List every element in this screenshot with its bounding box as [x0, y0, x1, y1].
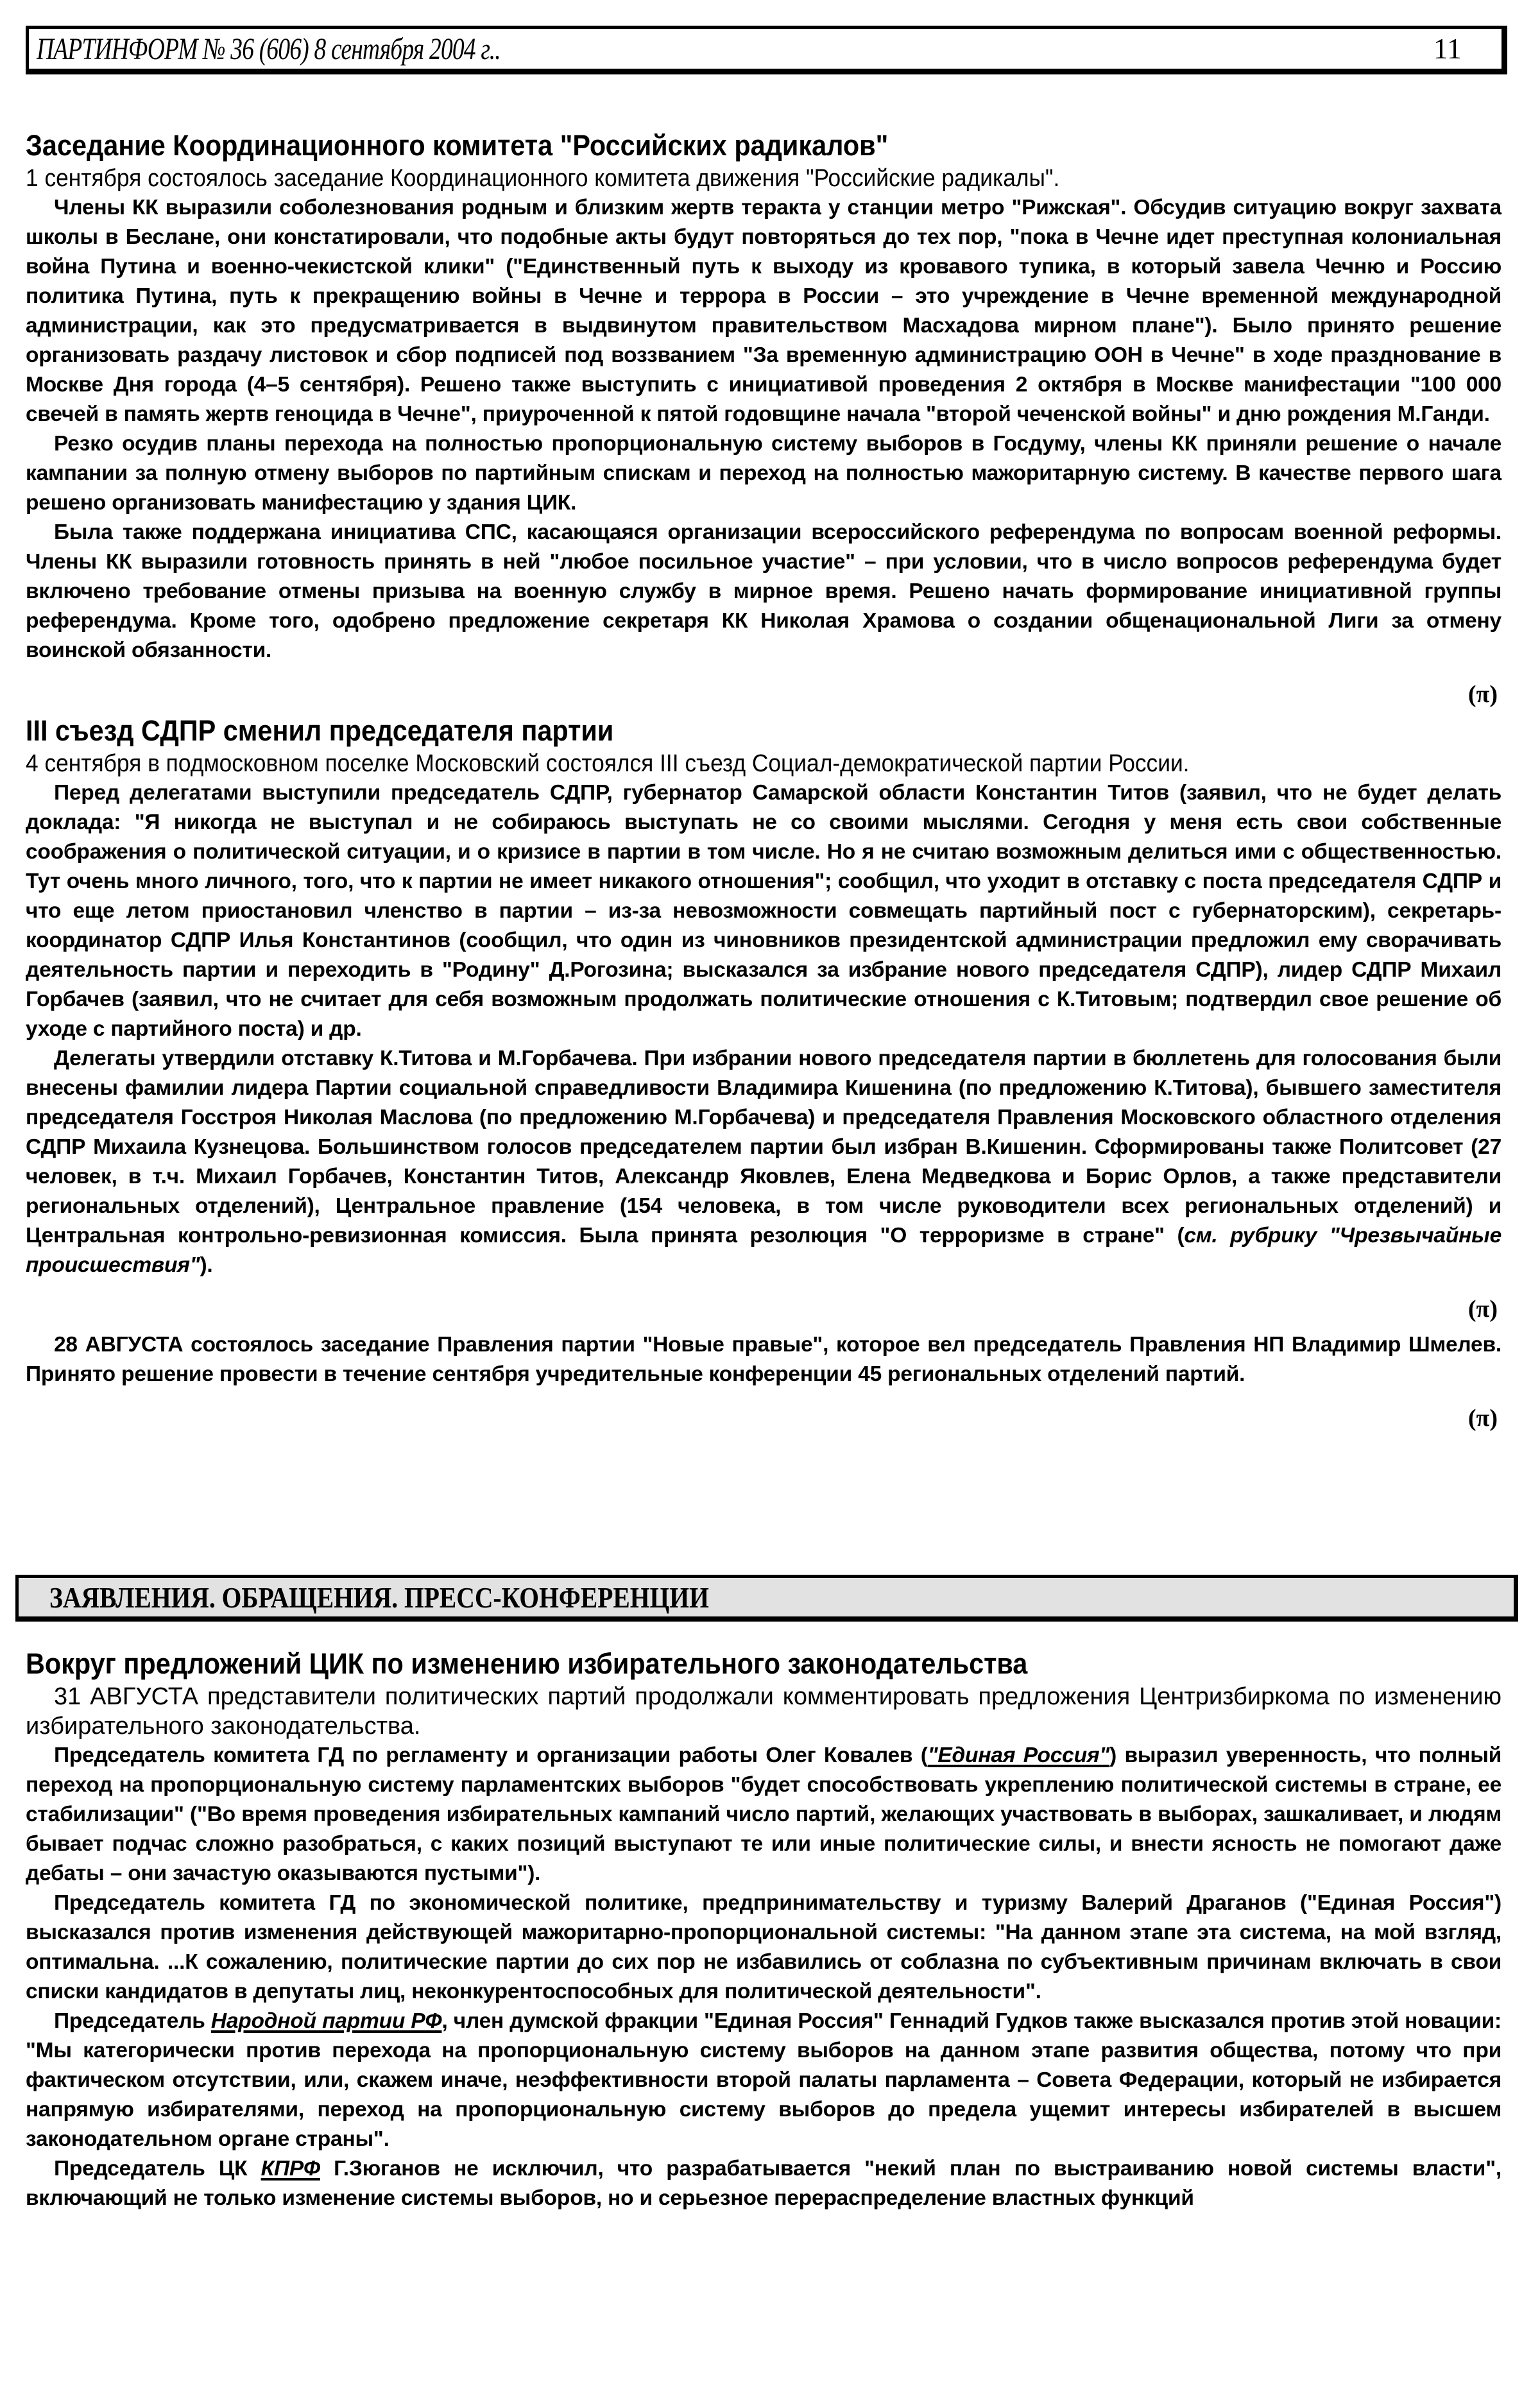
article-lead: 4 сентября в подмосковном поселке Москов… — [26, 749, 1398, 778]
article-new-right: 28 АВГУСТА состоялось заседание Правлени… — [26, 1330, 1502, 1434]
article-radicals: Заседание Координационного комитета "Рос… — [26, 128, 1502, 710]
publication-title: ПАРТИНФОРМ № 36 (606) 8 сентября 2004 г.… — [37, 31, 501, 67]
article-paragraph: Делегаты утвердили отставку К.Титова и М… — [26, 1044, 1502, 1280]
article-paragraph: Резко осудив планы перехода на полностью… — [26, 429, 1502, 518]
link-kprf[interactable]: КПРФ — [261, 2157, 320, 2181]
article-title: Заседание Координационного комитета "Рос… — [26, 128, 1383, 164]
paragraph-text: Председатель — [54, 2009, 211, 2033]
section-heading: ЗАЯВЛЕНИЯ. ОБРАЩЕНИЯ. ПРЕСС-КОНФЕРЕНЦИИ — [15, 1575, 1518, 1622]
author-signature: (π) — [26, 678, 1498, 710]
paragraph-text: Председатель комитета ГД по регламенту и… — [54, 1744, 928, 1767]
article-paragraph: Члены КК выразили соболезнования родным … — [26, 193, 1502, 429]
article-lead: 31 АВГУСТА представители политических па… — [26, 1682, 1502, 1741]
author-signature: (π) — [26, 1293, 1498, 1325]
link-peoples-party[interactable]: Народной партии РФ — [211, 2009, 442, 2033]
link-united-russia[interactable]: "Единая Россия" — [928, 1744, 1109, 1767]
paragraph-text: Председатель ЦК — [54, 2157, 261, 2181]
page-header: ПАРТИНФОРМ № 36 (606) 8 сентября 2004 г.… — [26, 26, 1507, 74]
article-paragraph: Была также поддержана инициатива СПС, ка… — [26, 518, 1502, 665]
article-paragraph: Председатель ЦК КПРФ Г.Зюганов не исключ… — [26, 2154, 1502, 2213]
section-label: ЗАЯВЛЕНИЯ. ОБРАЩЕНИЯ. ПРЕСС-КОНФЕРЕНЦИИ — [49, 1581, 709, 1615]
article-paragraph: Председатель комитета ГД по экономическо… — [26, 1889, 1502, 2007]
article-paragraph: 28 АВГУСТА состоялось заседание Правлени… — [26, 1330, 1502, 1389]
article-paragraph: Председатель комитета ГД по регламенту и… — [26, 1741, 1502, 1889]
author-signature: (π) — [26, 1402, 1498, 1434]
article-sdpr: III съезд СДПР сменил председателя парти… — [26, 713, 1502, 1325]
article-paragraph: Председатель Народной партии РФ, член ду… — [26, 2007, 1502, 2154]
news-block: Заседание Координационного комитета "Рос… — [26, 125, 1502, 1434]
article-paragraph: Перед делегатами выступили председатель … — [26, 778, 1502, 1044]
article-lead: 1 сентября состоялось заседание Координа… — [26, 164, 1398, 193]
article-title: III съезд СДПР сменил председателя парти… — [26, 713, 1383, 749]
page-number: 11 — [1433, 31, 1462, 65]
article-title: Вокруг предложений ЦИК по изменению изби… — [26, 1646, 1383, 1682]
lead-text: 31 АВГУСТА представители политических па… — [26, 1683, 1502, 1740]
statements-block: Вокруг предложений ЦИК по изменению изби… — [26, 1646, 1502, 2213]
paragraph-text-end: ). — [200, 1253, 212, 1277]
article-cec-proposals: Вокруг предложений ЦИК по изменению изби… — [26, 1646, 1502, 2213]
paragraph-text: Делегаты утвердили отставку К.Титова и М… — [26, 1047, 1502, 1247]
